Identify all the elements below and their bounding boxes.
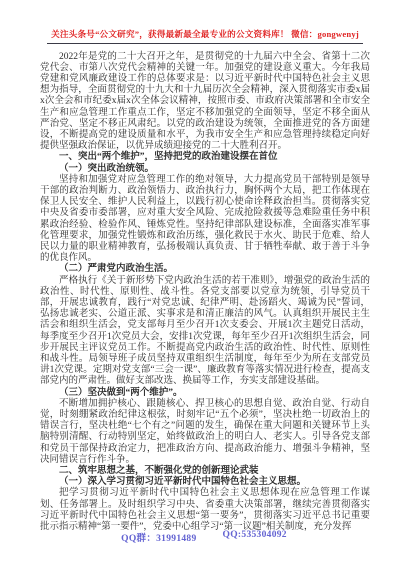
body-paragraph: 2022年是党的二十大召开之年，是贯彻党的十九届六中全会、省第十二次党代会、市第… — [40, 52, 370, 153]
heading-level-2: （三）坚决做到“两个维护”。 — [40, 388, 370, 399]
qq-number-text: QQ:535304092 — [223, 530, 287, 544]
promo-header: 关注头条号“公文研究”，获得最新最全最专业的公文资料库！ 微信：gongweny… — [40, 24, 370, 44]
heading-level-2: （二）严肃党内政治生活。 — [40, 264, 370, 275]
body-paragraph: 严格执行《关于新形势下党内政治生活的若干准则》，增强党的政治生活的政治性、时代性… — [40, 276, 370, 388]
promo-footer: QQ群：31991489 QQ:535304092 — [0, 530, 408, 544]
heading-level-1: 一、突出“两个维护”，坚持把党的政治建设摆在首位 — [40, 152, 370, 163]
body-paragraph: 坚持和加强党对应急管理工作的绝对领导，大力提高党员干部特别是领导干部的政治判断力… — [40, 175, 370, 265]
heading-level-1: 二、筑牢思想之基，不断强化党的创新理论武装 — [40, 466, 370, 477]
body-paragraph: 把学习贯彻习近平新时代中国特色社会主义思想体现在应急管理工作谋划、任务部署上。及… — [40, 488, 370, 533]
heading-level-2: （一）突出政治统领。 — [40, 164, 370, 175]
promo-header-text: 关注头条号“公文研究”，获得最新最全最专业的公文资料库！ 微信：gongweny… — [47, 28, 363, 44]
document-body: 2022年是党的二十大召开之年，是贯彻党的十九届六中全会、省第十二次党代会、市第… — [40, 52, 370, 534]
heading-level-2: （一）深入学习贯彻习近平新时代中国特色社会主义思想。 — [40, 477, 370, 488]
qq-group-text: QQ群：31991489 — [121, 530, 196, 544]
body-paragraph: 不断增加拥护核心、跟随核心、捍卫核心的思想自觉、政治自觉、行动自觉，时刻绷紧政治… — [40, 399, 370, 466]
document-page: 关注头条号“公文研究”，获得最新最全最专业的公文资料库！ 微信：gongweny… — [0, 0, 408, 580]
